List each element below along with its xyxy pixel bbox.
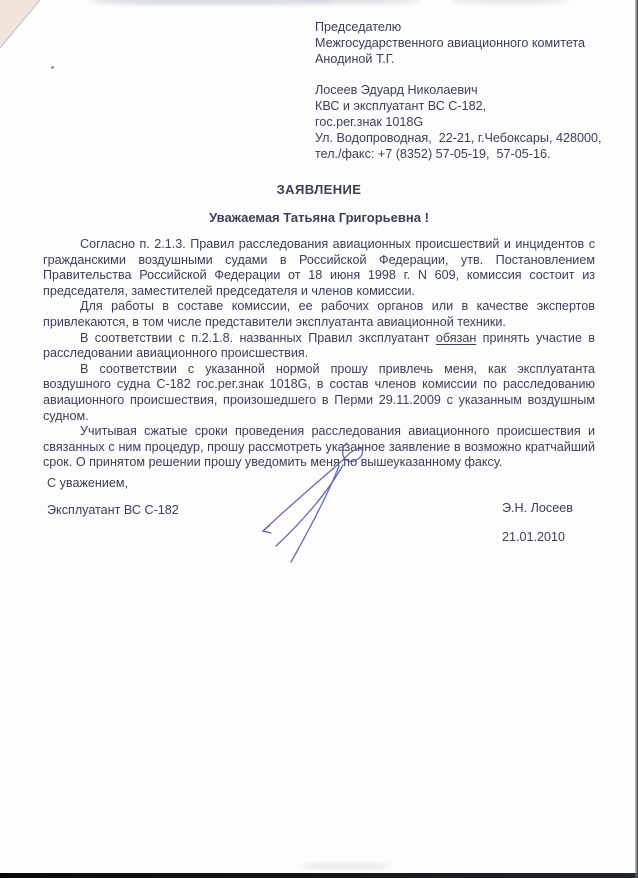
- closing-role: Эксплуатант ВС С-182: [47, 502, 179, 518]
- sender-line: тел./факс: +7 (8352) 57-05-19, 57-05-16.: [315, 146, 601, 162]
- paragraph-1: Согласно п. 2.1.3. Правил расследования …: [43, 237, 595, 299]
- handwritten-signature: [233, 432, 363, 572]
- scan-speck: [51, 66, 54, 69]
- letter-title: ЗАЯВЛЕНИЕ: [0, 182, 638, 197]
- scan-corner-fold: [0, 0, 60, 60]
- scan-bottom-edge: [0, 873, 638, 878]
- scan-top-smudge: [450, 0, 570, 4]
- recipient-line: Председателю: [315, 19, 601, 35]
- scan-top-smudge: [300, 0, 420, 4]
- sender-block: Лосеев Эдуард Николаевич КВС и эксплуата…: [315, 82, 601, 162]
- recipient-block: Председателю Межгосударственного авиацио…: [315, 19, 601, 67]
- scanned-letter-page: Председателю Межгосударственного авиацио…: [0, 0, 638, 878]
- sender-line: Ул. Водопроводная, 22-21, г.Чебоксары, 4…: [315, 130, 601, 146]
- salutation: Уважаемая Татьяна Григорьевна !: [0, 210, 638, 225]
- letter-date: 21.01.2010: [502, 529, 573, 545]
- paragraph-3: В соответствии с п.2.1.8. названных Прав…: [43, 331, 595, 362]
- sender-line: Лосеев Эдуард Николаевич: [315, 82, 601, 98]
- paragraph-2: Для работы в составе комиссии, ее рабочи…: [43, 299, 595, 330]
- closing-right: Э.Н. Лосеев 21.01.2010: [502, 500, 573, 545]
- closing-regards: С уважением,: [47, 475, 179, 491]
- underlined-word: обязан: [436, 331, 477, 345]
- recipient-line: Анодиной Т.Г.: [315, 51, 601, 67]
- paragraph-3-before: В соответствии с п.2.1.8. названных Прав…: [80, 331, 436, 345]
- paragraph-4: В соответствии с указанной нормой прошу …: [43, 362, 595, 424]
- sender-line: гос.рег.знак 1018G: [315, 114, 601, 130]
- scan-bottom-smudge: [300, 863, 390, 869]
- recipient-line: Межгосударственного авиационного комитет…: [315, 35, 601, 51]
- sender-line: КВС и эксплуатант ВС С-182,: [315, 98, 601, 114]
- address-header: Председателю Межгосударственного авиацио…: [315, 19, 601, 162]
- closing-left: С уважением, Эксплуатант ВС С-182: [47, 475, 179, 518]
- signer-name: Э.Н. Лосеев: [502, 500, 573, 516]
